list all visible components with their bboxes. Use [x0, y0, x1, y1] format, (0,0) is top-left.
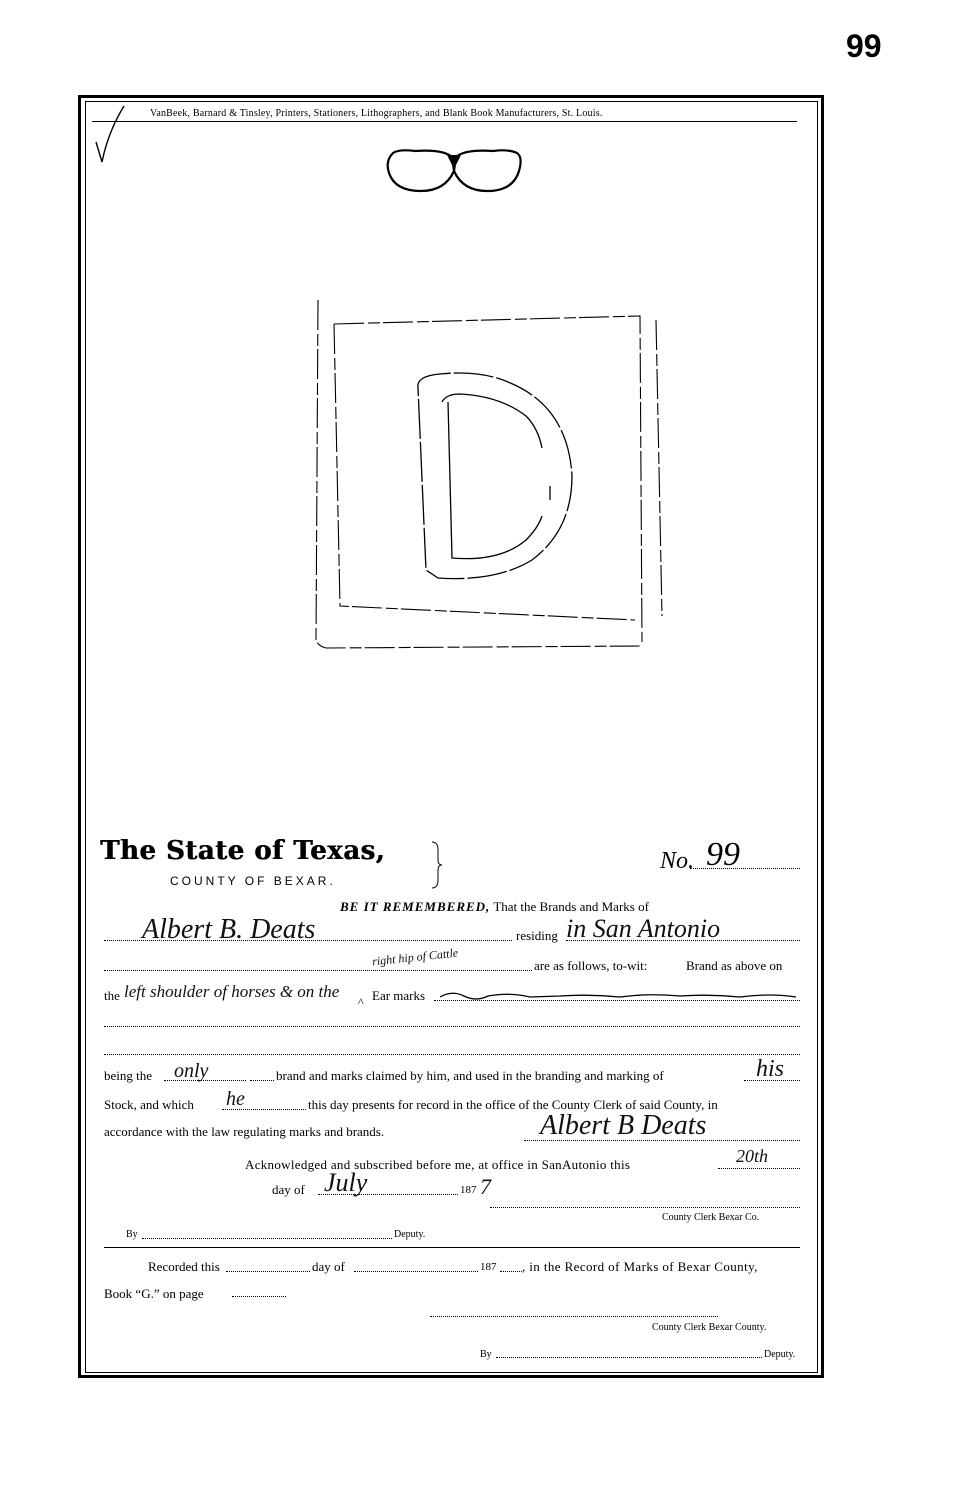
intro-text: That the Brands and Marks of	[493, 899, 649, 914]
blank-line-1	[104, 1026, 800, 1027]
recorded-month-line	[354, 1271, 478, 1272]
he-value: he	[226, 1088, 245, 1111]
owner-signature: Albert B Deats	[540, 1110, 706, 1142]
recording-deputy-label: Deputy.	[764, 1349, 795, 1360]
printer-imprint: VanBeek, Barnard & Tinsley, Printers, St…	[150, 108, 603, 119]
county-clerk-label: County Clerk Bexar Co.	[662, 1212, 759, 1223]
recorded-year-line	[500, 1271, 522, 1272]
claimed-text: brand and marks claimed by him, and used…	[276, 1068, 664, 1084]
day-of-label: day of	[272, 1182, 305, 1198]
county-clerk-signature-line	[490, 1207, 800, 1208]
residing-label: residing	[516, 928, 558, 944]
record-number-value: 99	[706, 836, 740, 874]
stock-which-label: Stock, and which	[104, 1097, 194, 1113]
the-label: the	[104, 988, 120, 1004]
book-text: Book “G.” on page	[104, 1286, 204, 1302]
recording-deputy-line	[496, 1357, 762, 1358]
record-number-label: No.	[660, 848, 694, 875]
month-value: July	[324, 1168, 367, 1198]
section-divider	[104, 1247, 800, 1248]
recording-clerk-label: County Clerk Bexar County.	[652, 1322, 766, 1333]
deputy-label: Deputy.	[394, 1229, 425, 1240]
record-text: , in the Record of Marks of Bexar County…	[522, 1259, 758, 1275]
checkmark-icon	[90, 102, 130, 166]
only-line-2	[250, 1080, 274, 1081]
his-value: his	[756, 1056, 784, 1083]
year-suffix: 7	[480, 1174, 491, 1200]
header-divider	[92, 121, 797, 122]
page-number: 99	[846, 28, 882, 65]
brand-as-above: Brand as above on	[686, 958, 782, 974]
brace-icon	[430, 840, 444, 890]
ear-marks-wave-icon	[440, 988, 796, 1002]
being-the-label: being the	[104, 1068, 152, 1084]
brand-location: left shoulder of horses & on the	[124, 982, 339, 1002]
recorded-day-of-label: day of	[312, 1259, 345, 1275]
by-label: By	[126, 1229, 138, 1240]
ear-marks-label: Ear marks	[372, 988, 425, 1004]
owner-name: Albert B. Deats	[142, 914, 315, 946]
acknowledged-day-line	[718, 1168, 800, 1169]
continuation-line	[104, 970, 532, 971]
accordance-text: accordance with the law regulating marks…	[104, 1124, 384, 1140]
recording-clerk-line	[430, 1316, 718, 1317]
recorded-this-label: Recorded this	[148, 1259, 220, 1275]
insertion-caret: ^	[358, 995, 364, 1010]
be-it-remembered-line: BE IT REMEMBERED, That the Brands and Ma…	[340, 899, 649, 915]
ear-mark-icon	[385, 147, 525, 193]
recorded-year-prefix: 187	[480, 1261, 497, 1273]
deputy-line	[142, 1238, 392, 1239]
only-value: only	[174, 1060, 208, 1083]
residence-value: in San Antonio	[566, 914, 720, 944]
form-title: The State of Texas,	[100, 836, 385, 866]
county-name: COUNTY OF BEXAR.	[170, 874, 336, 888]
acknowledged-text: Acknowledged and subscribed before me, a…	[245, 1157, 630, 1173]
brand-drawing-icon	[300, 290, 670, 660]
acknowledged-day-value: 20th	[736, 1146, 768, 1167]
recording-by-label: By	[480, 1349, 492, 1360]
be-it-remembered: BE IT REMEMBERED,	[340, 899, 490, 914]
page-line	[232, 1296, 286, 1297]
year-prefix: 187	[460, 1184, 477, 1196]
recorded-day-line	[226, 1271, 310, 1272]
blank-line-2	[104, 1054, 800, 1055]
are-as-follows: are as follows, to-wit:	[534, 958, 647, 974]
